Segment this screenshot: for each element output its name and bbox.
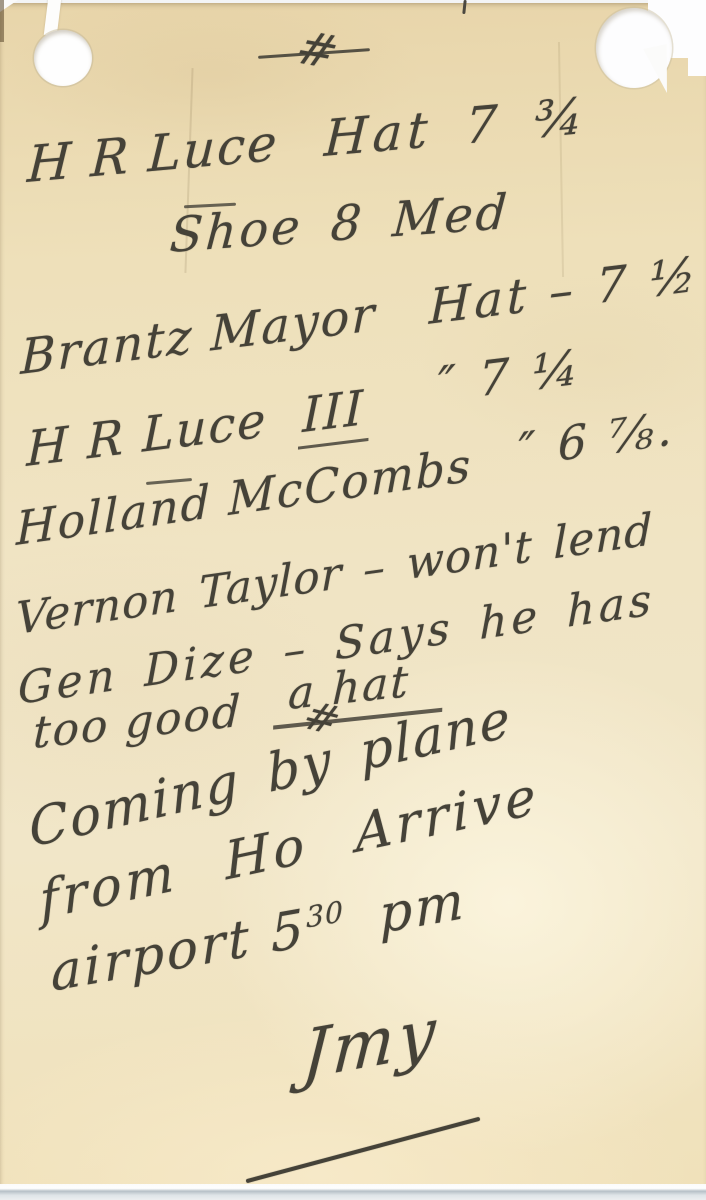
paper-edge-shadow [0,0,4,42]
scanned-note-page: # H R Luce Hat 7 ¾ Shoe 8 Med Brantz May… [0,0,706,1200]
punch-hole-left [34,30,92,86]
roman-numeral-text: III [298,379,369,449]
scanner-bottom-edge [0,1184,706,1200]
time-superscript-text: 30 [305,893,344,934]
torn-corner-right-edge [688,0,706,76]
